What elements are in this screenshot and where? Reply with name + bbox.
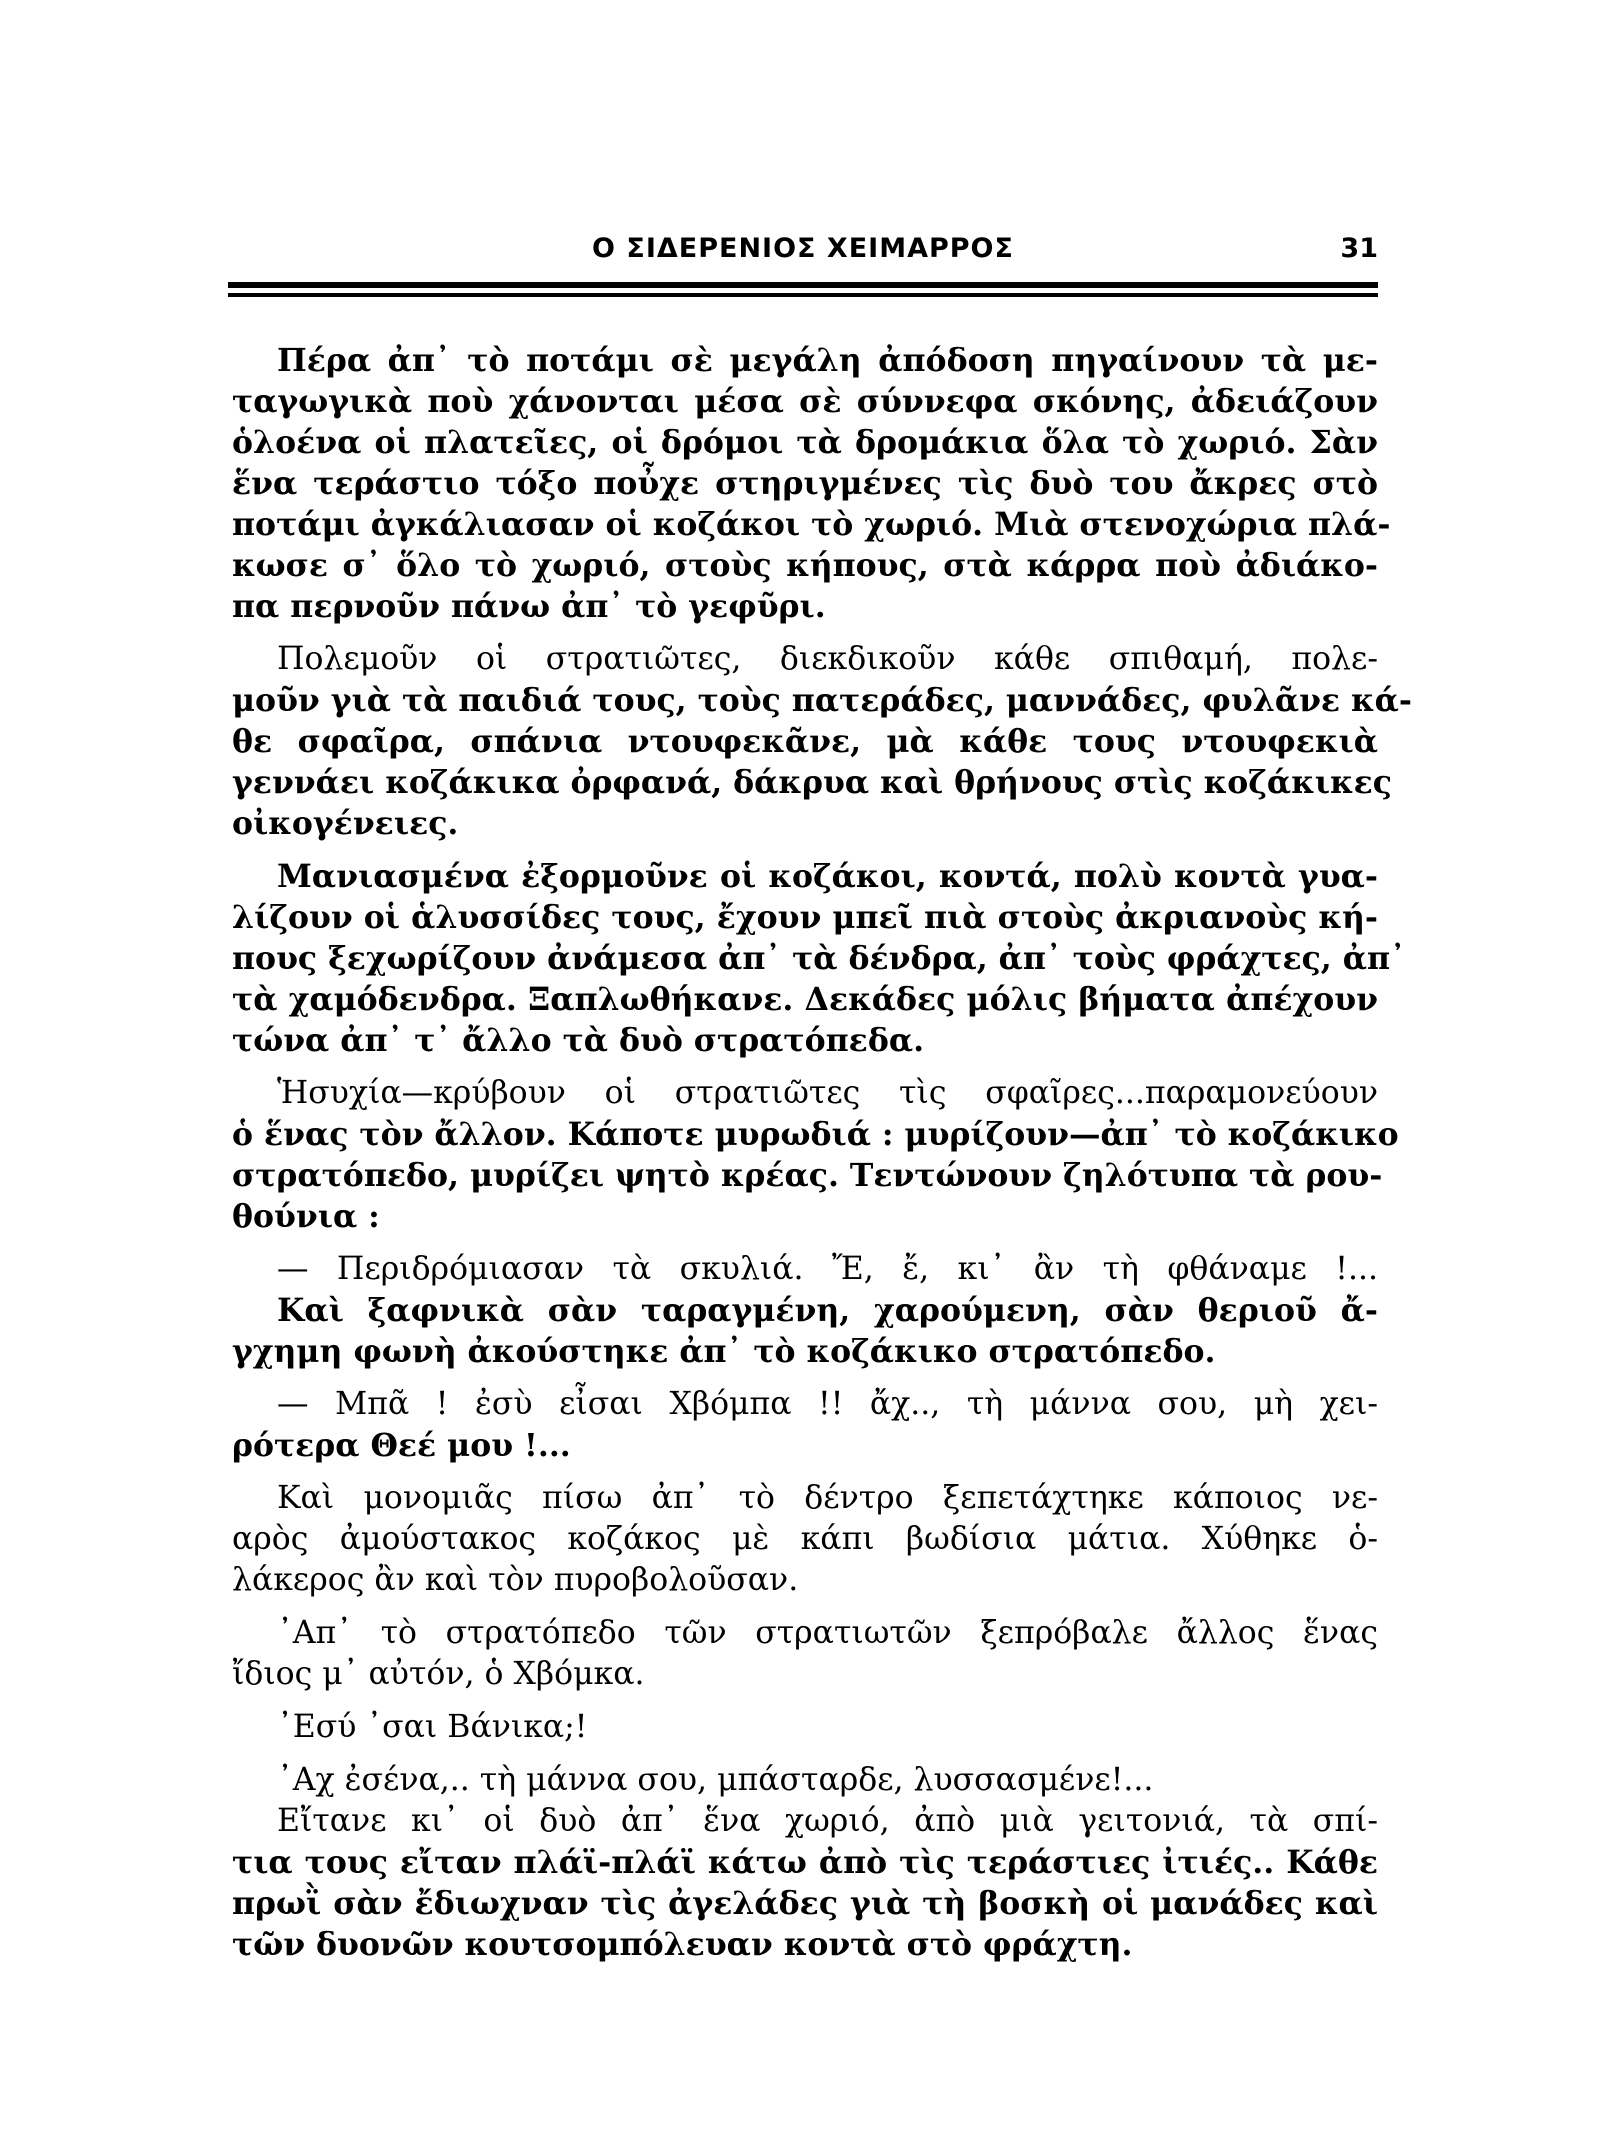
- text-line: Πέρα ἀπ᾿ τὸ ποτάμι σὲ μεγάλη ἀπόδοση πηγ…: [232, 340, 1378, 381]
- text-line: ρότερα Θεέ μου !...: [232, 1425, 1378, 1466]
- running-title: Ο ΣΙΔΕΡΕΝΙΟΣ ΧΕΙΜΑΡΡΟΣ: [228, 233, 1378, 264]
- text-line: ᾿Εσύ ᾿σαι Βάνικα;!: [232, 1707, 1378, 1748]
- header-rule-top: [228, 282, 1378, 288]
- text-line: λίζουν οἱ ἁλυσσίδες τους, ἔχουν μπεῖ πιὰ…: [232, 897, 1378, 938]
- text-line: Καὶ μονομιᾶς πίσω ἀπ᾿ τὸ δέντρο ξεπετάχτ…: [232, 1478, 1378, 1519]
- text-line: λάκερος ἂν καὶ τὸν πυροβολοῦσαν.: [232, 1560, 1378, 1601]
- book-page: Ο ΣΙΔΕΡΕΝΙΟΣ ΧΕΙΜΑΡΡΟΣ 31 Πέρα ἀπ᾿ τὸ πο…: [0, 0, 1600, 2143]
- text-line: τὰ χαμόδενδρα. Ξαπλωθήκανε. Δεκάδες μόλι…: [232, 979, 1378, 1020]
- text-line: Εἴτανε κι᾿ οἱ δυὸ ἀπ᾿ ἕνα χωριό, ἀπὸ μιὰ…: [232, 1801, 1378, 1842]
- text-line: αρὸς ἀμούστακος κοζάκος μὲ κάπι βωδίσια …: [232, 1519, 1378, 1560]
- text-line: Καὶ ξαφνικὰ σὰν ταραγμένη, χαρούμενη, σὰ…: [232, 1290, 1378, 1331]
- text-line: Ἡσυχία—κρύβουν οἱ στρατιῶτες τὶς σφαῖρες…: [232, 1073, 1378, 1114]
- text-line: Μανιασμένα ἐξορμοῦνε οἱ κοζάκοι, κοντά, …: [232, 856, 1378, 897]
- text-line: — Περιδρόμιασαν τὰ σκυλιά. Ἔ, ἔ, κι᾿ ἂν …: [232, 1249, 1378, 1290]
- text-line: Πολεμοῦν οἱ στρατιῶτες, διεκδικοῦν κάθε …: [232, 639, 1378, 680]
- page-number: 31: [1340, 233, 1378, 264]
- text-line: θούνια :: [232, 1196, 1378, 1237]
- text-line: οἰκογένειες.: [232, 803, 1378, 844]
- text-line: πα περνοῦν πάνω ἀπ᾿ τὸ γεφῦρι.: [232, 586, 1378, 627]
- text-line: μοῦν γιὰ τὰ παιδιά τους, τοὺς πατεράδες,…: [232, 680, 1378, 721]
- text-line: ὁ ἕνας τὸν ἄλλον. Κάποτε μυρωδιά : μυρίζ…: [232, 1114, 1378, 1155]
- text-line: ᾿Απ᾿ τὸ στρατόπεδο τῶν στρατιωτῶν ξεπρόβ…: [232, 1613, 1378, 1654]
- text-line: ᾿Αχ ἐσένα,.. τὴ μάννα σου, μπάσταρδε, λυ…: [232, 1760, 1378, 1801]
- header-rule-bottom: [228, 293, 1378, 297]
- text-line: ἴδιος μ᾿ αὐτόν, ὁ Χβόμκα.: [232, 1654, 1378, 1695]
- text-line: τῶν δυονῶν κουτσομπόλευαν κοντὰ στὸ φράχ…: [232, 1924, 1378, 1965]
- text-line: ταγωγικὰ ποὺ χάνονται μέσα σὲ σύννεφα σκ…: [232, 381, 1378, 422]
- page-header: Ο ΣΙΔΕΡΕΝΙΟΣ ΧΕΙΜΑΡΡΟΣ 31: [228, 233, 1378, 273]
- text-line: γεννάει κοζάκικα ὀρφανά, δάκρυα καὶ θρήν…: [232, 762, 1378, 803]
- text-line: τια τους εἴταν πλάϊ-πλάϊ κάτω ἀπὸ τὶς τε…: [232, 1842, 1378, 1883]
- text-line: ὁλοένα οἱ πλατεῖες, οἱ δρόμοι τὰ δρομάκι…: [232, 422, 1378, 463]
- text-line: κωσε σ᾿ ὅλο τὸ χωριό, στοὺς κήπους, στὰ …: [232, 545, 1378, 586]
- text-line: ἕνα τεράστιο τόξο ποὖχε στηριγμένες τὶς …: [232, 463, 1378, 504]
- text-line: τώνα ἀπ᾿ τ᾿ ἄλλο τὰ δυὸ στρατόπεδα.: [232, 1020, 1378, 1061]
- text-line: πους ξεχωρίζουν ἀνάμεσα ἀπ᾿ τὰ δένδρα, ἀ…: [232, 938, 1378, 979]
- text-line: γχημη φωνὴ ἀκούστηκε ἀπ᾿ τὸ κοζάκικο στρ…: [232, 1331, 1378, 1372]
- text-line: πρωῒ σὰν ἔδιωχναν τὶς ἀγελάδες γιὰ τὴ βο…: [232, 1883, 1378, 1924]
- text-line: — Μπᾶ ! ἐσὺ εἶσαι Χβόμπα !! ἄχ.., τὴ μάν…: [232, 1384, 1378, 1425]
- text-line: θε σφαῖρα, σπάνια ντουφεκᾶνε, μὰ κάθε το…: [232, 721, 1378, 762]
- text-line: ποτάμι ἀγκάλιασαν οἱ κοζάκοι τὸ χωριό. Μ…: [232, 504, 1378, 545]
- body-text: Πέρα ἀπ᾿ τὸ ποτάμι σὲ μεγάλη ἀπόδοση πηγ…: [232, 340, 1378, 1965]
- text-line: στρατόπεδο, μυρίζει ψητὸ κρέας. Τεντώνου…: [232, 1155, 1378, 1196]
